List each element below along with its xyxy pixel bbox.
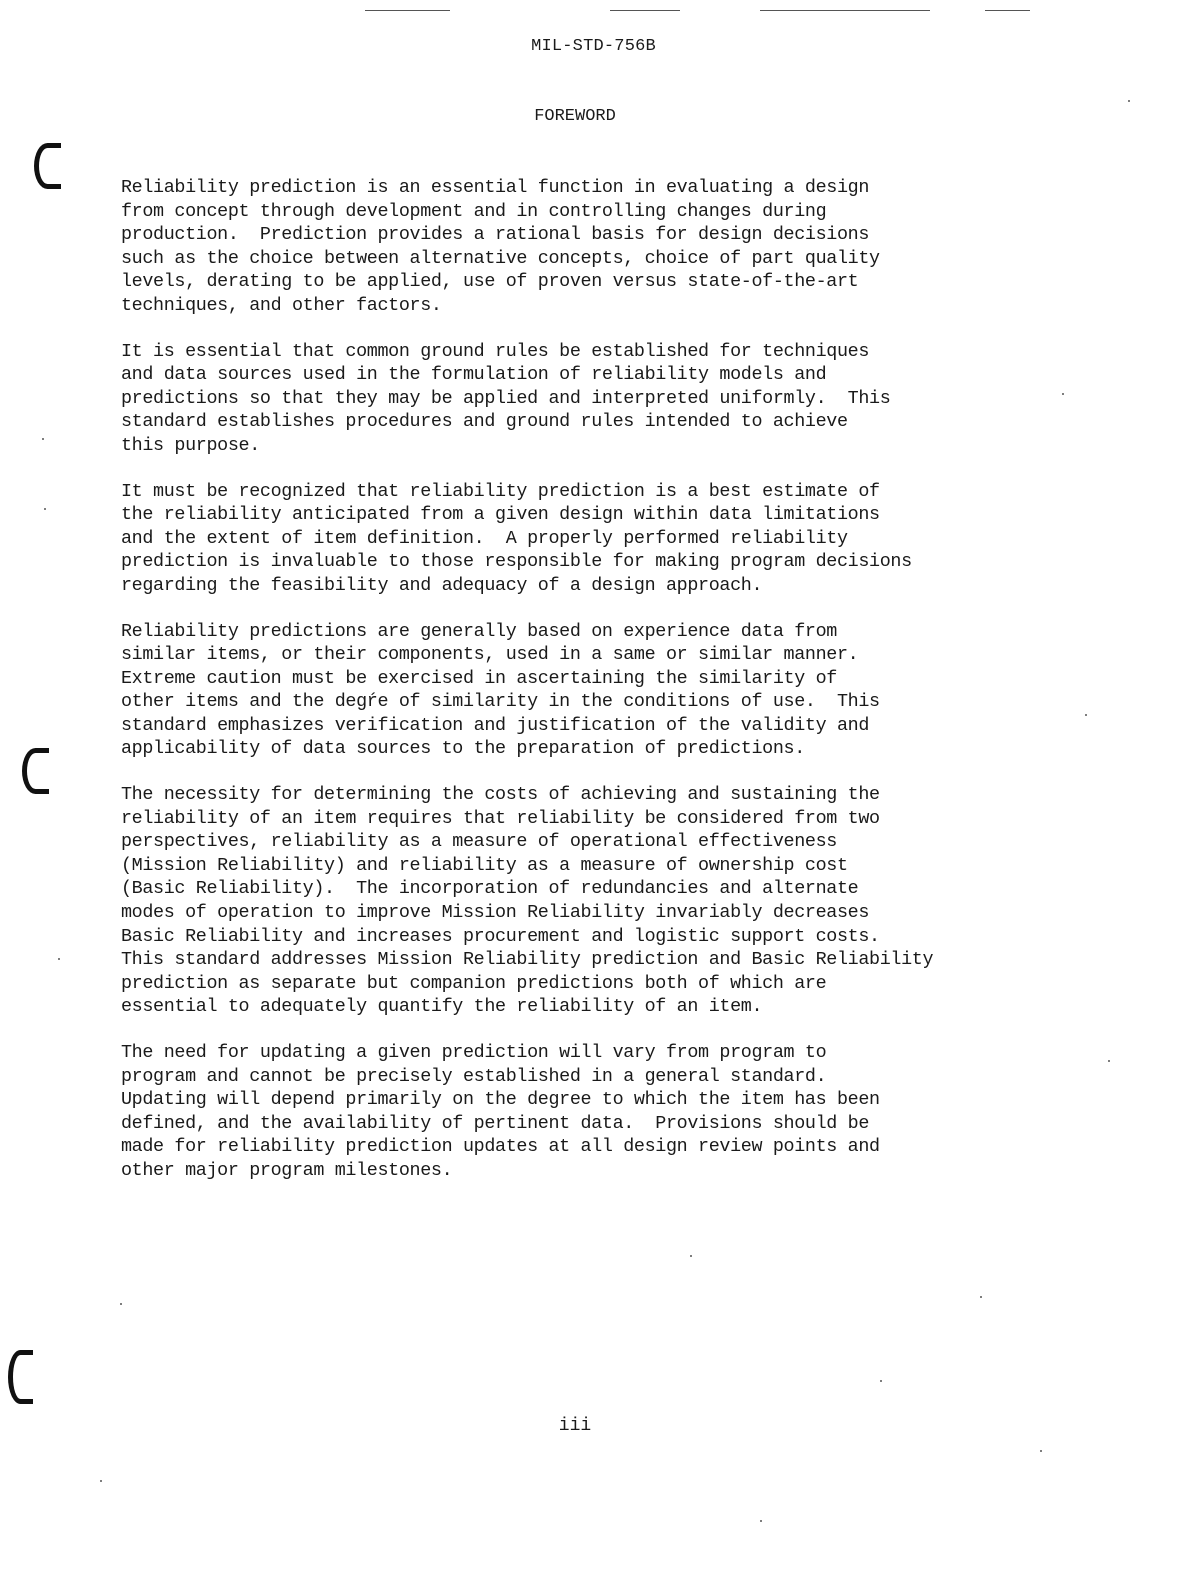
text-line: predictions so that they may be applied … [121, 387, 1081, 411]
paragraph: Reliability predictions are generally ba… [121, 620, 1081, 762]
scan-artifact-top-edge [0, 6, 1187, 16]
binder-hole-mark [8, 1350, 33, 1404]
text-line: It is essential that common ground rules… [121, 340, 1081, 364]
text-line: This standard addresses Mission Reliabil… [121, 948, 1081, 972]
text-line: and data sources used in the formulation… [121, 363, 1081, 387]
text-line: The need for updating a given prediction… [121, 1041, 1081, 1065]
paragraph: It must be recognized that reliability p… [121, 480, 1081, 598]
text-line: Reliability predictions are generally ba… [121, 620, 1081, 644]
text-line: It must be recognized that reliability p… [121, 480, 1081, 504]
text-line: regarding the feasibility and adequacy o… [121, 574, 1081, 598]
text-line: Basic Reliability and increases procurem… [121, 925, 1081, 949]
text-line: levels, derating to be applied, use of p… [121, 270, 1081, 294]
text-line: essential to adequately quantify the rel… [121, 995, 1081, 1019]
text-line: (Basic Reliability). The incorporation o… [121, 877, 1081, 901]
text-line: The necessity for determining the costs … [121, 783, 1081, 807]
text-line: made for reliability prediction updates … [121, 1135, 1081, 1159]
text-line: perspectives, reliability as a measure o… [121, 830, 1081, 854]
text-line: program and cannot be precisely establis… [121, 1065, 1081, 1089]
text-line: the reliability anticipated from a given… [121, 503, 1081, 527]
text-line: from concept through development and in … [121, 200, 1081, 224]
paragraph: The necessity for determining the costs … [121, 783, 1081, 1019]
text-line: prediction is invaluable to those respon… [121, 550, 1081, 574]
binder-hole-mark [22, 748, 49, 794]
text-line: Reliability prediction is an essential f… [121, 176, 1081, 200]
paragraph: It is essential that common ground rules… [121, 340, 1081, 458]
foreword-body: Reliability prediction is an essential f… [121, 176, 1081, 1205]
text-line: applicability of data sources to the pre… [121, 737, 1081, 761]
text-line: such as the choice between alternative c… [121, 247, 1081, 271]
text-line: Extreme caution must be exercised in asc… [121, 667, 1081, 691]
text-line: reliability of an item requires that rel… [121, 807, 1081, 831]
text-line: defined, and the availability of pertine… [121, 1112, 1081, 1136]
text-line: prediction as separate but companion pre… [121, 972, 1081, 996]
text-line: similar items, or their components, used… [121, 643, 1081, 667]
text-line: techniques, and other factors. [121, 294, 1081, 318]
text-line: Updating will depend primarily on the de… [121, 1088, 1081, 1112]
paragraph: The need for updating a given prediction… [121, 1041, 1081, 1183]
section-heading: FOREWORD [0, 107, 1150, 126]
text-line: and the extent of item definition. A pro… [121, 527, 1081, 551]
page-number: iii [0, 1416, 1150, 1436]
text-line: production. Prediction provides a ration… [121, 223, 1081, 247]
text-line: modes of operation to improve Mission Re… [121, 901, 1081, 925]
paragraph: Reliability prediction is an essential f… [121, 176, 1081, 318]
text-line: standard establishes procedures and grou… [121, 410, 1081, 434]
document-id-header: MIL-STD-756B [0, 37, 1187, 56]
text-line: other major program milestones. [121, 1159, 1081, 1183]
text-line: (Mission Reliability) and reliability as… [121, 854, 1081, 878]
text-line: this purpose. [121, 434, 1081, 458]
text-line: other items and the degŕe of similarity… [121, 690, 1081, 714]
binder-hole-mark [34, 143, 61, 189]
text-line: standard emphasizes verification and jus… [121, 714, 1081, 738]
